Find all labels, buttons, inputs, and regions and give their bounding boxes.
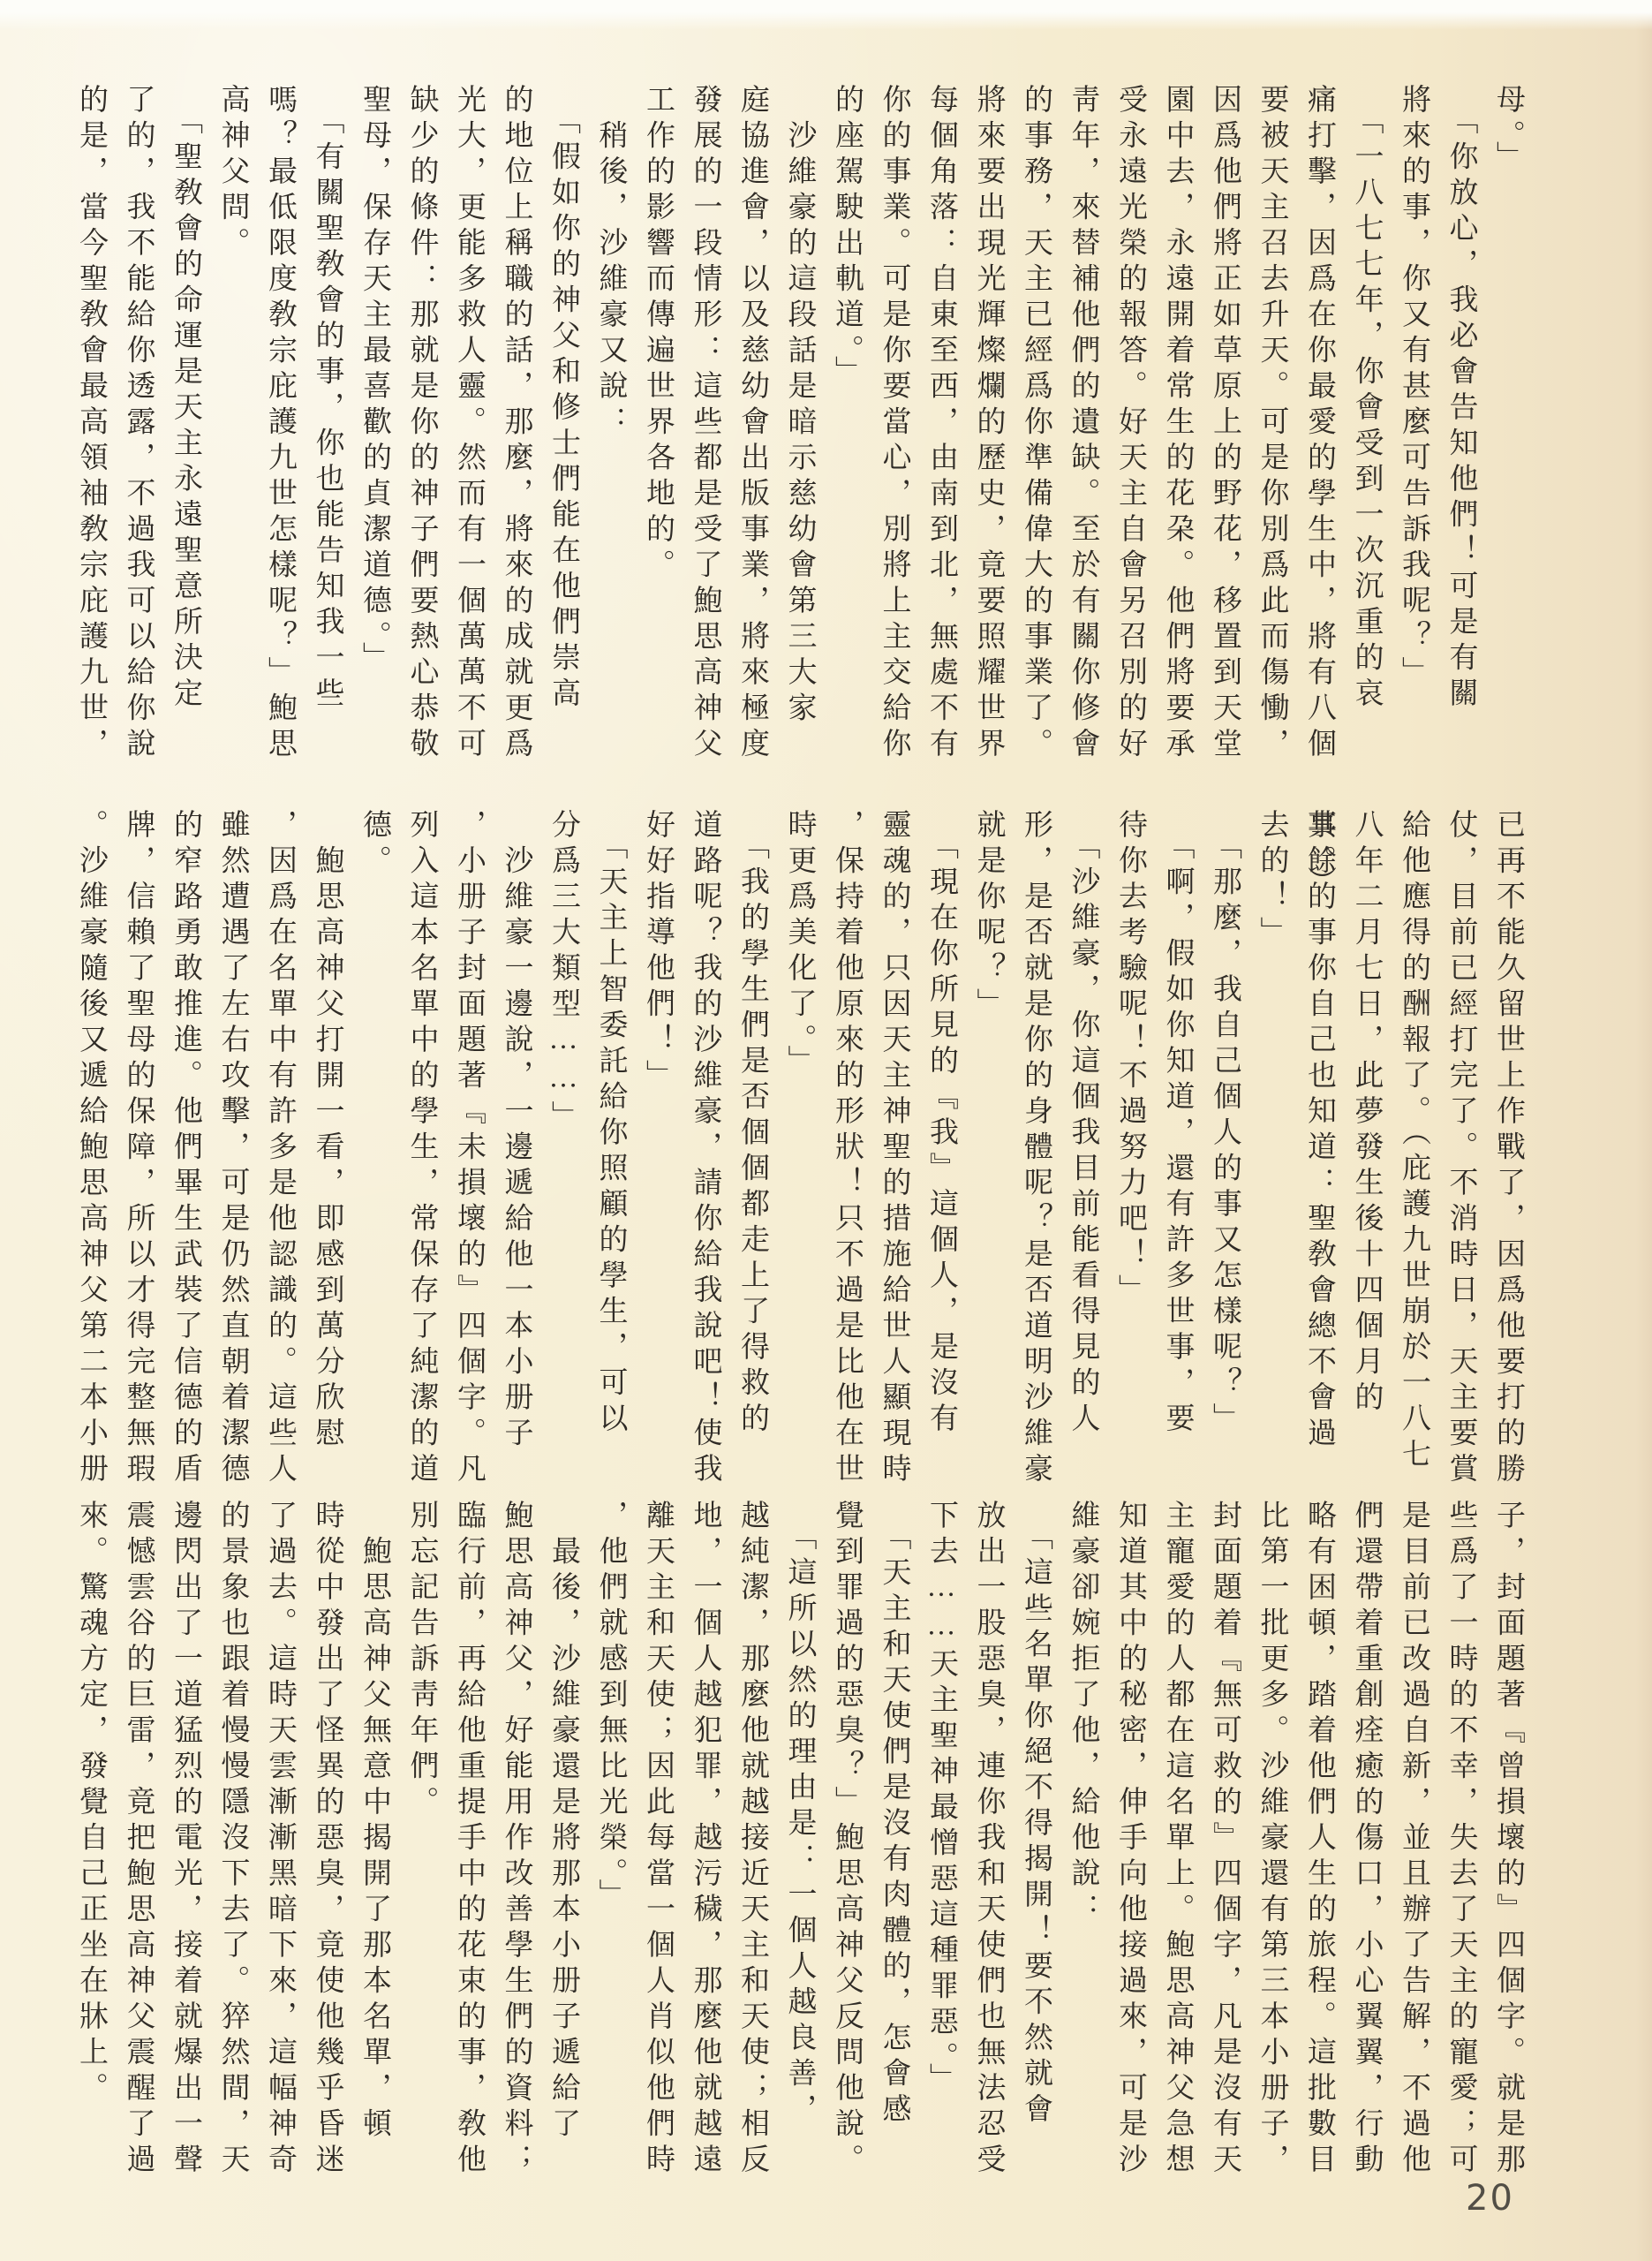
text-column: 德。 <box>351 809 398 1489</box>
text-column: 鮑思高神父，好能用作改善學生們的資料； <box>492 1500 539 2180</box>
text-block-middle: 已再不能久留世上作戰了，因爲他要打的勝仗，目前已經打完了。不消時日，天主要賞給他… <box>65 809 1531 1489</box>
text-column: 每個角落：自東至西，由南到北，無處不有 <box>917 84 965 764</box>
text-column: 子，封面題著『曾損壞的』四個字。就是那 <box>1484 1500 1532 2180</box>
text-column: 缺少的條件：那就是你的神子們要熱心恭敬 <box>397 84 445 764</box>
text-column: 鮑思高神父無意中揭開了那本名單，頓 <box>351 1500 398 2180</box>
text-column: 的事務，天主已經爲你準備偉大的事業了。 <box>1012 84 1060 764</box>
text-column: 列入這本名單中的學生，常保存了純潔的道 <box>397 809 445 1489</box>
text-column: 封面題着『無可救的』四個字，凡是沒有天 <box>1201 1500 1248 2180</box>
text-column: 工作的影響而傳遍世界各地的。 <box>634 84 682 764</box>
text-column: 靈魂的，只因天主神聖的措施給世人顯現時 <box>870 809 917 1489</box>
text-column: 「天主和天使們是沒有肉體的，怎會感 <box>870 1500 917 2180</box>
text-block-top: 母。」 「你放心，我必會告知他們！可是有關將來的事，你又有甚麼可告訴我呢？」 「… <box>65 84 1531 764</box>
text-column: 待你去考驗呢！不過努力吧！」 <box>1106 809 1154 1489</box>
text-column: 給他應得的酬報了。（庇護九世崩於一八七 <box>1390 809 1437 1489</box>
text-column: 園中去，永遠開着常生的花朶。他們將要承 <box>1153 84 1201 764</box>
page-number: 20 <box>1466 2178 1514 2219</box>
text-column: 好好指導他們！」 <box>634 809 682 1489</box>
text-column: 已再不能久留世上作戰了，因爲他要打的勝 <box>1484 809 1532 1489</box>
text-column: 仗，目前已經打完了。不消時日，天主要賞 <box>1437 809 1484 1489</box>
text-column: ，小册子封面題著『未損壞的』四個字。凡 <box>445 809 493 1489</box>
text-column: 「你放心，我必會告知他們！可是有關 <box>1437 84 1484 764</box>
text-column: 「有關聖敎會的事，你也能告知我一些 <box>303 84 351 764</box>
text-column: 「我的學生們是否個個都走上了得救的 <box>728 809 776 1489</box>
text-column: 別忘記告訴靑年們。 <box>397 1500 445 2180</box>
text-column: 雖然遭遇了左右攻擊，可是仍然直朝着潔德 <box>208 809 256 1489</box>
text-column: 沙維豪一邊說，一邊遞給他一本小册子 <box>492 809 539 1489</box>
text-column: 了過去。這時天雲漸漸黑暗下來，這幅神奇 <box>256 1500 304 2180</box>
text-column: 其餘的事你自己也知道：聖敎會總不會過 <box>1295 809 1343 1489</box>
text-column: 靑年，來替補他們的遺缺。至於有關你修會 <box>1059 84 1106 764</box>
text-column: 道路呢？我的沙維豪，請你給我說吧！使我 <box>681 809 728 1489</box>
text-block-bottom: 子，封面題著『曾損壞的』四個字。就是那些爲了一時的不幸，失去了天主的寵愛；可是目… <box>65 1500 1531 2180</box>
text-column: 來。驚魂方定，發覺自己正坐在牀上。 <box>67 1500 115 2180</box>
text-column: 稍後，沙維豪又說： <box>586 84 634 764</box>
text-column: 八年二月七日，此夢發生後十四個月的事。） <box>1342 809 1390 1489</box>
text-column: 「天主上智委託給你照顧的學生，可以 <box>586 809 634 1489</box>
text-column: 的座駕駛出軌道。」 <box>823 84 871 764</box>
text-column: 的地位上稱職的話，那麼，將來的成就更爲 <box>492 84 539 764</box>
text-column: 越純潔，那麼他就越接近天主和天使；相反 <box>728 1500 776 2180</box>
text-column: 「這些名單你絕不得揭開！要不然就會 <box>1012 1500 1060 2180</box>
text-column: 「這所以然的理由是：一個人越良善， <box>775 1500 823 2180</box>
text-column: 受永遠光榮的報答。好天主自會另召別的好 <box>1106 84 1154 764</box>
text-column: 聖母，保存天主最喜歡的貞潔道德。」 <box>351 84 398 764</box>
text-column: 就是你呢？」 <box>964 809 1012 1489</box>
text-column: 「現在你所見的『我』這個人，是沒有 <box>917 809 965 1489</box>
text-column: 比第一批更多。沙維豪還有第三本小册子， <box>1248 1500 1295 2180</box>
text-column: 臨行前，再給他重提手中的花束的事，敎他 <box>445 1500 493 2180</box>
text-column: 放出一股惡臭，連你我和天使們也無法忍受 <box>964 1500 1012 2180</box>
text-column: 庭協進會，以及慈幼會出版事業，將來極度 <box>728 84 776 764</box>
text-column: 光大，更能多救人靈。然而有一個萬萬不可 <box>445 84 493 764</box>
text-column: 震憾雲谷的巨雷，竟把鮑思高神父震醒了過 <box>114 1500 162 2180</box>
text-column: 離天主和天使；因此每當一個人肖似他們時 <box>634 1500 682 2180</box>
text-column: 是目前已改過自新，並且辦了告解，不過他 <box>1390 1500 1437 2180</box>
text-column: 痛打擊，因爲在你最愛的學生中，將有八個 <box>1295 84 1343 764</box>
text-column: 「假如你的神父和修士們能在他們崇高 <box>539 84 587 764</box>
text-column: 維豪卻婉拒了他，給他說： <box>1059 1500 1106 2180</box>
text-column: 你的事業。可是你要當心，別將上主交給你 <box>870 84 917 764</box>
text-column: 的景象也跟着慢慢隱沒下去了。猝然間，天 <box>208 1500 256 2180</box>
text-column: 了的，我不能給你透露，不過我可以給你說 <box>114 84 162 764</box>
text-column: 覺到罪過的惡臭？」鮑思高神父反問他說。 <box>823 1500 871 2180</box>
text-column: 「啊，假如你知道，還有許多世事，要 <box>1153 809 1201 1489</box>
text-column: 「一八七七年，你會受到一次沉重的哀 <box>1342 84 1390 764</box>
text-column: 。沙維豪隨後又遞給鮑思高神父第二本小册 <box>67 809 115 1489</box>
text-column: 「那麼，我自己個人的事又怎樣呢？」 <box>1201 809 1248 1489</box>
text-column: 時更爲美化了。」 <box>775 809 823 1489</box>
text-column: 去的！」 <box>1248 809 1295 1489</box>
scanned-book-page: 母。」 「你放心，我必會告知他們！可是有關將來的事，你又有甚麼可告訴我呢？」 「… <box>0 0 1652 2261</box>
text-column: 沙維豪的這段話是暗示慈幼會第三大家 <box>775 84 823 764</box>
text-column: 形，是否就是你的身體呢？是否道明沙維豪 <box>1012 809 1060 1489</box>
text-column: 的窄路勇敢推進。他們畢生武裝了信德的盾 <box>162 809 209 1489</box>
text-column: 些爲了一時的不幸，失去了天主的寵愛；可 <box>1437 1500 1484 2180</box>
text-column: 嗎？最低限度敎宗庇護九世怎樣呢？」鮑思 <box>256 84 304 764</box>
text-column: 母。」 <box>1484 84 1532 764</box>
text-column: ，因爲在名單中有許多是他認識的。這些人 <box>256 809 304 1489</box>
text-column: 最後，沙維豪還是將那本小册子遞給了 <box>539 1500 587 2180</box>
text-column: 將來的事，你又有甚麼可告訴我呢？」 <box>1390 84 1437 764</box>
text-column: 牌，信賴了聖母的保障，所以才得完整無瑕 <box>114 809 162 1489</box>
text-column: 「聖敎會的命運是天主永遠聖意所決定 <box>162 84 209 764</box>
text-column: 「沙維豪，你這個我目前能看得見的人 <box>1059 809 1106 1489</box>
text-column: 將來要出現光輝燦爛的歷史，竟要照耀世界 <box>964 84 1012 764</box>
text-column: 鮑思高神父打開一看，即感到萬分欣慰 <box>303 809 351 1489</box>
text-column: 們還帶着重創痊癒的傷口，小心翼翼，行動 <box>1342 1500 1390 2180</box>
text-column: 時從中發出了怪異的惡臭，竟使他幾乎昏迷 <box>303 1500 351 2180</box>
text-column: 的是，當今聖敎會最高領袖敎宗庇護九世， <box>67 84 115 764</box>
text-column: 因爲他們將正如草原上的野花，移置到天堂 <box>1201 84 1248 764</box>
text-column: 下去……天主聖神最憎惡這種罪惡。」 <box>917 1500 965 2180</box>
text-column: 主寵愛的人都在這名單上。鮑思高神父急想 <box>1153 1500 1201 2180</box>
text-column: 邊閃出了一道猛烈的電光，接着就爆出一聲 <box>162 1500 209 2180</box>
text-column: 發展的一段情形：這些都是受了鮑思高神父 <box>681 84 728 764</box>
text-column: 知道其中的秘密，伸手向他接過來，可是沙 <box>1106 1500 1154 2180</box>
text-column: 高神父問。 <box>208 84 256 764</box>
text-column: 地，一個人越犯罪，越污穢，那麼他就越遠 <box>681 1500 728 2180</box>
text-column: ，他們就感到無比光榮。」 <box>586 1500 634 2180</box>
text-column: 略有困頓，踏着他們人生的旅程。這批數目 <box>1295 1500 1343 2180</box>
text-column: 分爲三大類型……」 <box>539 809 587 1489</box>
text-column: ，保持着他原來的形狀！只不過是比他在世 <box>823 809 871 1489</box>
text-column: 要被天主召去升天。可是你別爲此而傷慟， <box>1248 84 1295 764</box>
